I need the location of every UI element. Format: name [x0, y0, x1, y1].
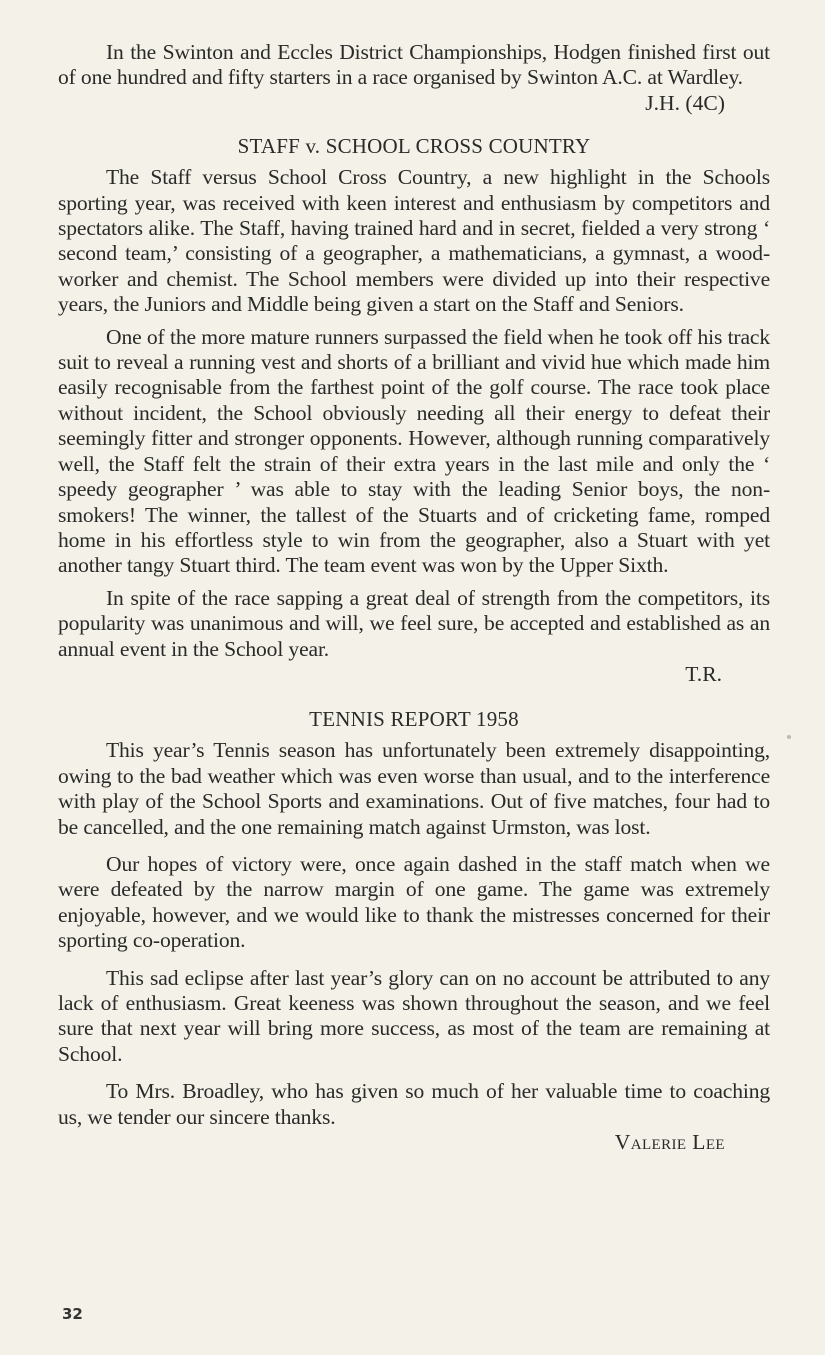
tennis-paragraph: This year’s Tennis season has unfortunat… — [58, 738, 770, 840]
cross-country-heading: STAFF v. SCHOOL CROSS COUNTRY — [58, 134, 770, 159]
cross-country-paragraph: The Staff versus School Cross Country, a… — [58, 165, 770, 317]
cross-country-paragraph: One of the more mature runners surpassed… — [58, 325, 770, 579]
document-page: In the Swinton and Eccles District Champ… — [58, 40, 770, 1155]
intro-signature: J.H. (4C) — [58, 91, 770, 116]
cross-country-paragraph: In spite of the race sapping a great dea… — [58, 586, 770, 662]
tennis-signature: Valerie Lee — [58, 1130, 770, 1155]
cross-country-signature: T.R. — [58, 662, 770, 687]
tennis-heading: TENNIS REPORT 1958 — [58, 707, 770, 732]
intro-paragraph: In the Swinton and Eccles District Champ… — [58, 40, 770, 91]
tennis-paragraph: Our hopes of victory were, once again da… — [58, 852, 770, 954]
paper-speck — [787, 735, 791, 739]
tennis-paragraph: This sad eclipse after last year’s glory… — [58, 966, 770, 1068]
page-number: 32 — [62, 1305, 83, 1323]
tennis-paragraph: To Mrs. Broadley, who has given so much … — [58, 1079, 770, 1130]
